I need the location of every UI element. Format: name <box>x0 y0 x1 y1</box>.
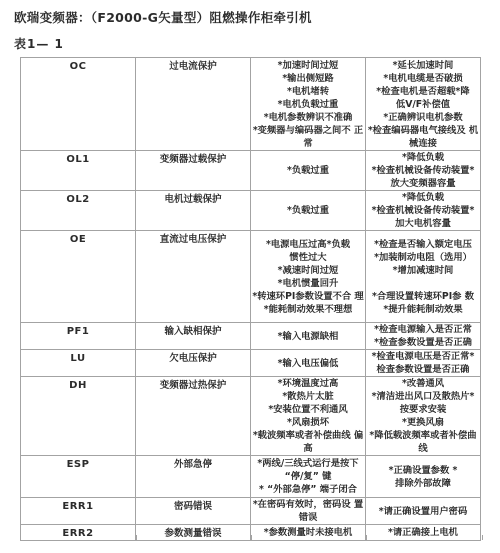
table-row: ERR1 密码错误 *在密码有效时，密码设 置 错误 *请正确设置用户密码 <box>21 498 481 525</box>
fault-solutions-cell: *改善通风 *清洁进出风口及散热片* 按要求安装 *更换风扇 *降低载波频率或者… <box>366 377 481 456</box>
fault-code-cell: OC <box>21 58 136 151</box>
table-row: OC 过电流保护 *加速时间过短 *输出侧短路 *电机堵转 *电机负载过重 *电… <box>21 58 481 151</box>
fault-code-cell: OE <box>21 231 136 323</box>
fault-causes-cell: *电源电压过高*负载 惯性过大 *减速时间过短 *电机惯量回升 *转速环PI参数… <box>251 231 366 323</box>
fault-name-cell: 密码错误 <box>136 498 251 525</box>
fault-causes-cell: *输入电压偏低 <box>251 350 366 377</box>
fault-causes-cell: *环境温度过高 *散热片太脏 *安装位置不利通风 *风扇损坏 *载波频率或者补偿… <box>251 377 366 456</box>
fault-solutions-cell: *降低负载 *检查机械设备传动装置* 放大变频器容量 <box>366 151 481 191</box>
table-row: PF1 输入缺相保护 *输入电源缺相 *检查电源输入是否正常 *检查参数设置是否… <box>21 323 481 350</box>
fault-solutions-cell: *检查电源输入是否正常 *检查参数设置是否正确 <box>366 323 481 350</box>
fault-name-cell: 直流过电压保护 <box>136 231 251 323</box>
fault-causes-cell: *加速时间过短 *输出侧短路 *电机堵转 *电机负载过重 *电机参数辨识不准确 … <box>251 58 366 151</box>
table-row: OL1 变频器过载保护 *负载过重 *降低负载 *检查机械设备传动装置* 放大变… <box>21 151 481 191</box>
table-row: DH 变频器过热保护 *环境温度过高 *散热片太脏 *安装位置不利通风 *风扇损… <box>21 377 481 456</box>
fault-causes-cell: *在密码有效时，密码设 置 错误 <box>251 498 366 525</box>
fault-code-cell: ESP <box>21 456 136 498</box>
fault-solutions-cell: *延长加速时间 *电机电缆是否破损 *检查电机是否超载*降 低V/F补偿值 *正… <box>366 58 481 151</box>
fault-name-cell: 过电流保护 <box>136 58 251 151</box>
table-row: LU 欠电压保护 *输入电压偏低 *检查电源电压是否正常* 检查参数设置是否正确 <box>21 350 481 377</box>
table-label: 表1— 1 <box>14 35 64 52</box>
table-row: ESP 外部急停 *两线/三线式运行是按下 “停/复” 键 * “外部急停” 端… <box>21 456 481 498</box>
fault-name-cell: 变频器过载保护 <box>136 151 251 191</box>
fault-solutions-cell: *请正确设置用户密码 <box>366 498 481 525</box>
page-title: 欧瑞变频器：（F2000-G矢量型）阻燃操作柜牵引机 <box>14 8 312 26</box>
fault-name-cell: 电机过载保护 <box>136 191 251 231</box>
fault-code-cell: ERR1 <box>21 498 136 525</box>
fault-code-cell: LU <box>21 350 136 377</box>
fault-name-cell: 外部急停 <box>136 456 251 498</box>
fault-code-cell: DH <box>21 377 136 456</box>
fault-name-cell: 变频器过热保护 <box>136 377 251 456</box>
fault-code-cell: OL1 <box>21 151 136 191</box>
table-row: OE 直流过电压保护 *电源电压过高*负载 惯性过大 *减速时间过短 *电机惯量… <box>21 231 481 323</box>
fault-solutions-cell: *检查是否输入额定电压 *加装制动电阻（选用） *增加减速时间 *合理设置转速环… <box>366 231 481 323</box>
fault-causes-cell: *输入电源缺相 <box>251 323 366 350</box>
fault-causes-cell: *两线/三线式运行是按下 “停/复” 键 * “外部急停” 端子闭合 <box>251 456 366 498</box>
fault-code-cell: PF1 <box>21 323 136 350</box>
fault-code-table: OC 过电流保护 *加速时间过短 *输出侧短路 *电机堵转 *电机负载过重 *电… <box>20 57 481 541</box>
fault-solutions-cell: *降低负载 *检查机械设备传动装置* 加大电机容量 <box>366 191 481 231</box>
fault-code-cell: OL2 <box>21 191 136 231</box>
table-bottom-cutoff <box>20 535 483 540</box>
fault-causes-cell: *负载过重 <box>251 151 366 191</box>
table-row: OL2 电机过载保护 *负载过重 *降低负载 *检查机械设备传动装置* 加大电机… <box>21 191 481 231</box>
fault-solutions-cell: *正确设置参数 * 排除外部故障 <box>366 456 481 498</box>
fault-solutions-cell: *检查电源电压是否正常* 检查参数设置是否正确 <box>366 350 481 377</box>
fault-name-cell: 欠电压保护 <box>136 350 251 377</box>
fault-causes-cell: *负载过重 <box>251 191 366 231</box>
fault-name-cell: 输入缺相保护 <box>136 323 251 350</box>
